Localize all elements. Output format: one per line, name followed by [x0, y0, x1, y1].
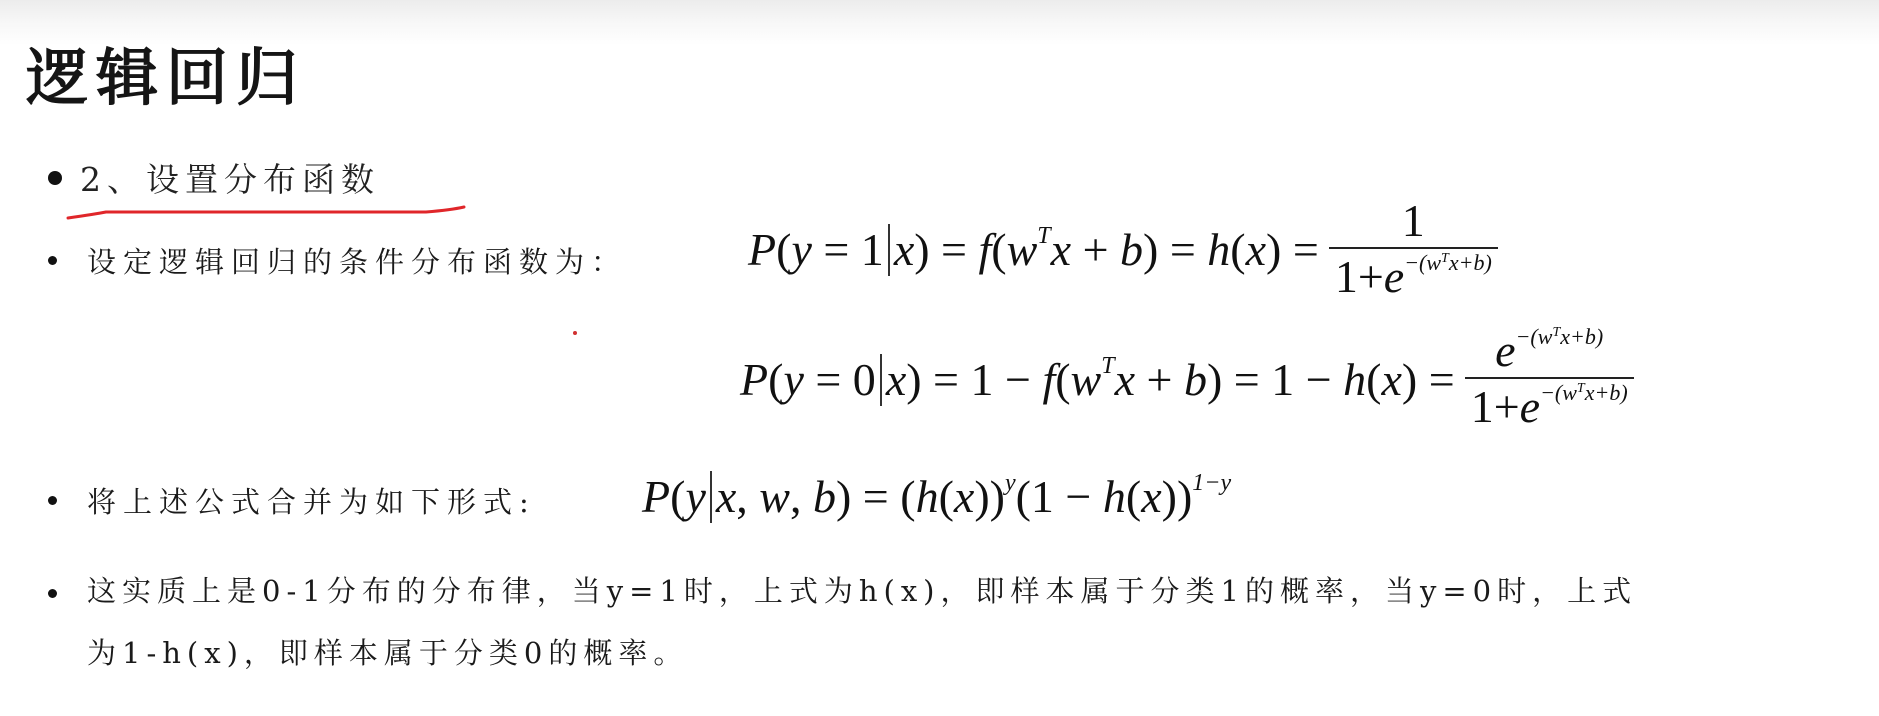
- red-annotation-underline: [66, 204, 466, 222]
- formula-p-y1: P(y = 1x) = f(wTx + b) = h(x) = 1 1+e−(w…: [748, 196, 1498, 304]
- fraction: e−(wTx+b) 1+e−(wTx+b): [1465, 326, 1634, 434]
- bullet-dot-icon: [48, 496, 57, 505]
- bullet-text: 将上述公式合并为如下形式:: [87, 480, 536, 521]
- section-heading-text: 2、设置分布函数: [80, 154, 380, 201]
- bullet-combined-form: 将上述公式合并为如下形式:: [48, 480, 536, 521]
- fraction: 1 1+e−(wTx+b): [1329, 196, 1498, 304]
- laser-pointer-dot: [573, 331, 577, 335]
- slide-title: 逻辑回归: [26, 28, 306, 117]
- formula-p-y0: P(y = 0x) = 1 − f(wTx + b) = 1 − h(x) = …: [740, 326, 1634, 434]
- bullet-text-line2: 为1-h(x)，即样本属于分类0的概率。: [48, 622, 1848, 684]
- section-heading: 2、设置分布函数: [48, 154, 380, 201]
- bullet-bernoulli-explanation: 这实质上是0-1分布的分布律，当y=1时，上式为h(x)，即样本属于分类1的概率…: [48, 560, 1848, 684]
- formula-combined: P(yx, w, b) = (h(x))y(1 − h(x))1−y: [642, 470, 1231, 523]
- bullet-dot-icon: [48, 171, 62, 185]
- bullet-text-line1: 这实质上是0-1分布的分布律，当y=1时，上式为h(x)，即样本属于分类1的概率…: [87, 574, 1637, 608]
- bullet-dot-icon: [48, 256, 57, 265]
- bullet-text: 设定逻辑回归的条件分布函数为：: [87, 240, 627, 281]
- bullet-dot-icon: [48, 589, 57, 598]
- bullet-conditional-distribution: 设定逻辑回归的条件分布函数为：: [48, 240, 627, 281]
